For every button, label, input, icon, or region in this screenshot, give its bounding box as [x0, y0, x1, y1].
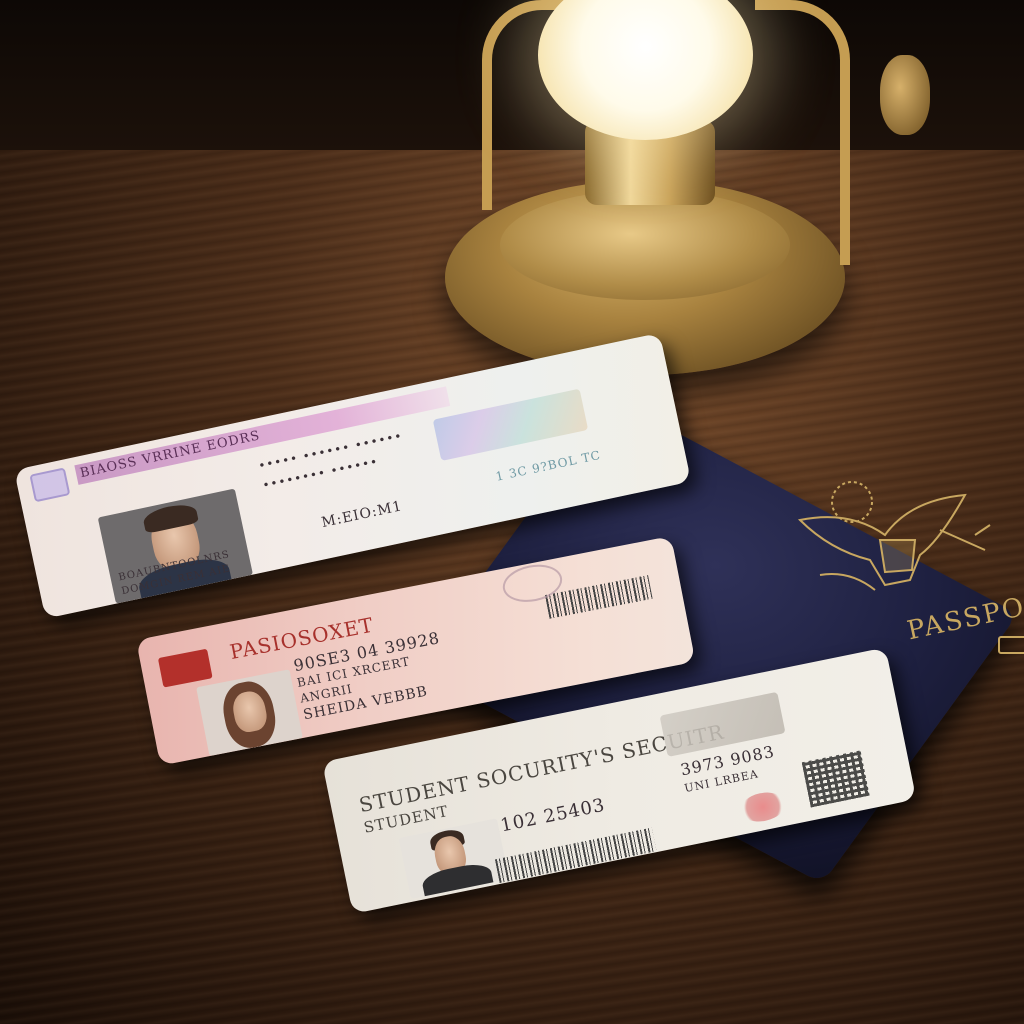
- id-card-hologram: [433, 389, 588, 461]
- student-card-number: 2102 25403: [487, 795, 608, 839]
- biometric-chip-icon: [998, 636, 1024, 654]
- id-card-number: M:EIO:M1: [320, 498, 404, 531]
- pink-card-emblem-icon: [158, 649, 213, 688]
- id-card-logo-icon: [29, 467, 70, 502]
- eagle-seal-icon: [790, 480, 1000, 605]
- student-card-qr-code: [802, 750, 870, 807]
- lamp-arm-right: [755, 0, 850, 265]
- lamp-knob: [880, 55, 930, 135]
- student-card-red-stamp: [737, 789, 788, 826]
- id-card-code: 1 3C 9?BOL TC: [495, 448, 603, 484]
